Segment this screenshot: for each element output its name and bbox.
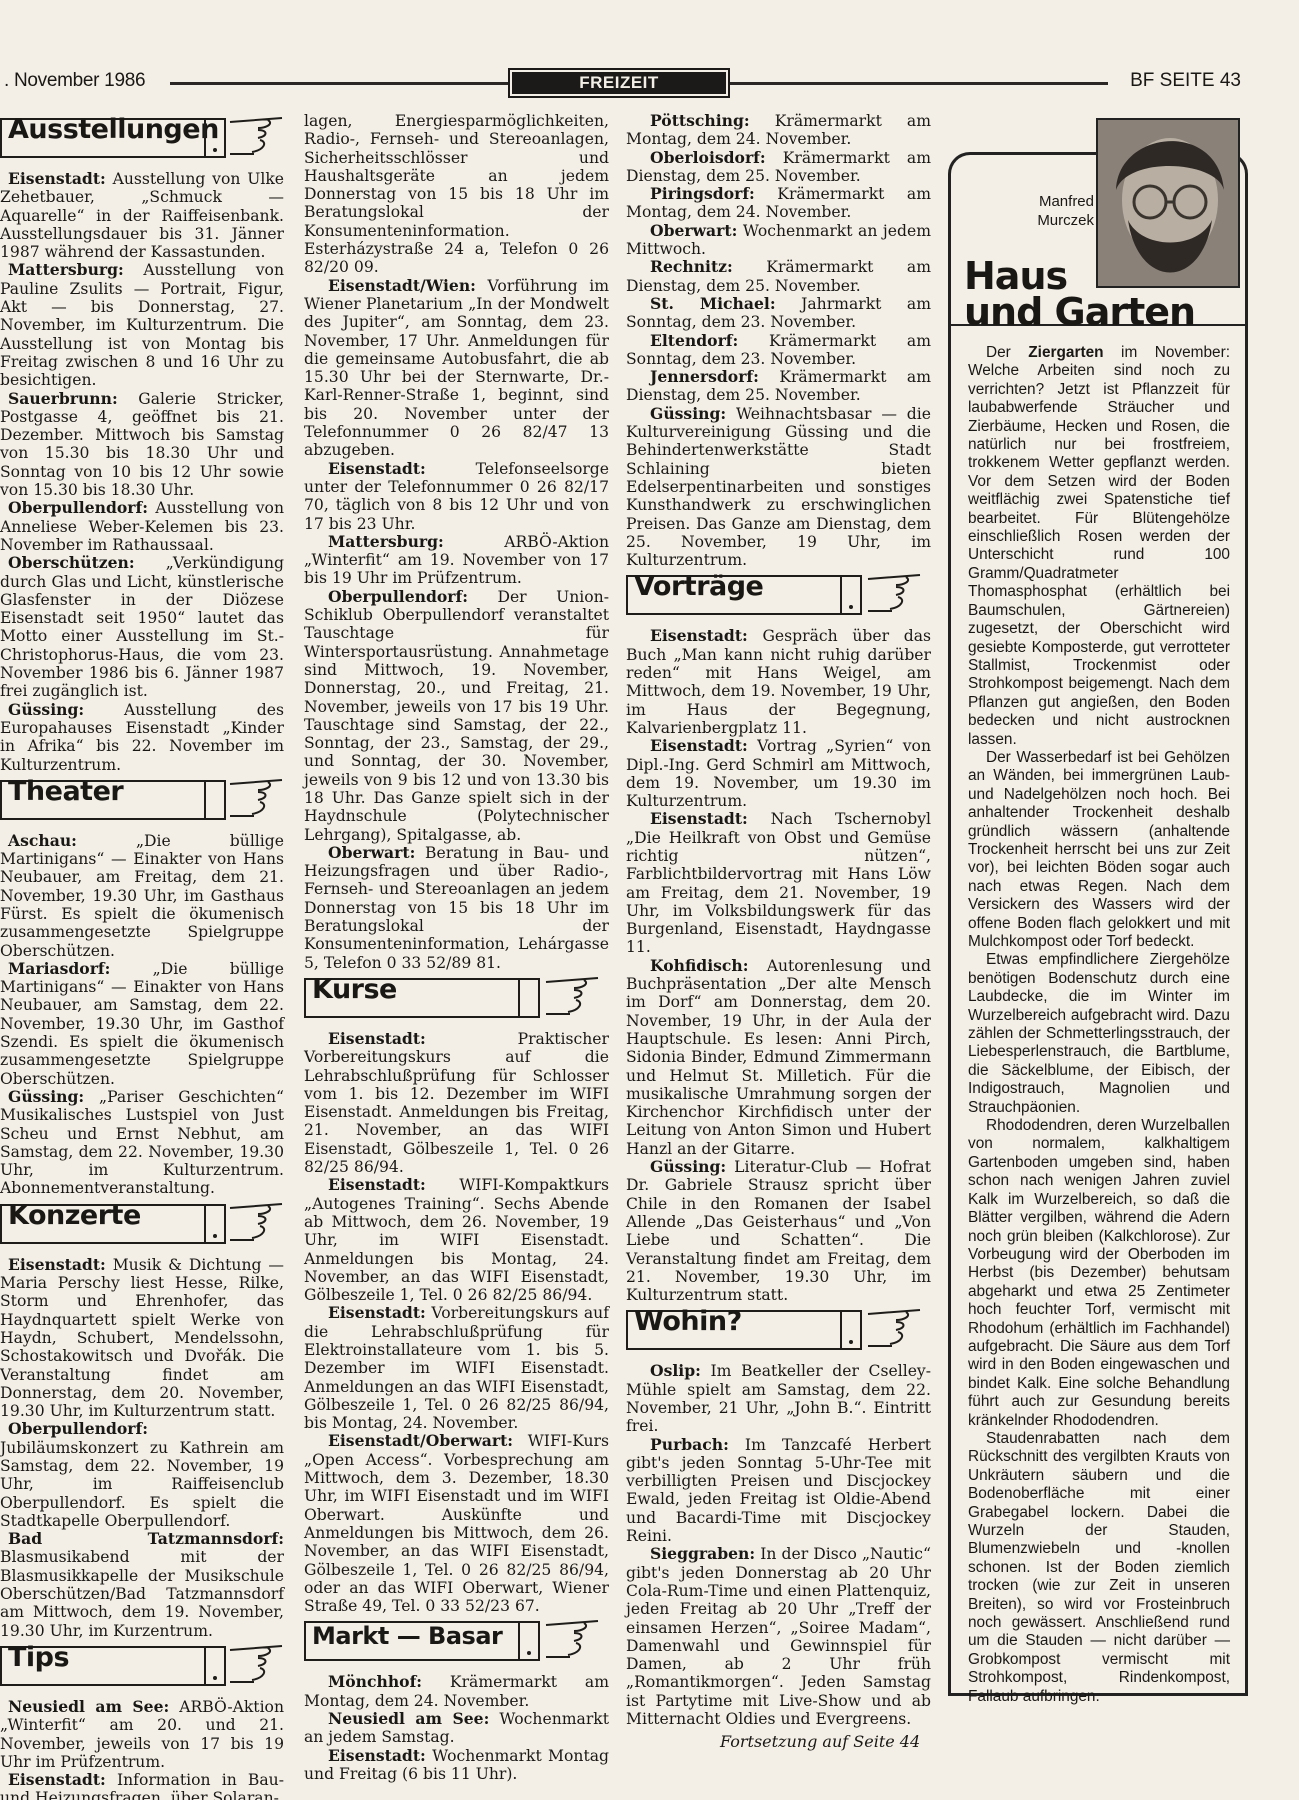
- section-header-vortraege: Vorträge: [626, 575, 931, 619]
- list-item: Oberpullendorf: Der Union-Schiklub Oberp…: [304, 588, 609, 844]
- section-header-markt-basar: Markt — Basar: [304, 1621, 609, 1665]
- list-item: Pöttsching: Krämermarkt am Montag, dem 2…: [626, 112, 931, 149]
- list-item: Eisenstadt: Vortrag „Syrien“ von Dipl.-I…: [626, 737, 931, 810]
- section-title: Vorträge: [634, 578, 763, 596]
- pointing-hand-icon: [542, 976, 602, 1020]
- list-item: Oberschützen: „Verkündigung durch Glas u…: [0, 554, 284, 700]
- list-item: Jennersdorf: Krämermarkt am Dienstag, de…: [626, 368, 931, 405]
- section-title: Ausstellungen: [8, 121, 219, 139]
- masthead: . November 1986 FREIZEIT BF SEITE 43: [0, 66, 1299, 102]
- column-1: Ausstellungen Eisenstadt: Ausstellung vo…: [0, 112, 284, 1800]
- list-item: Kohfidisch: Autorenlesung und Buchpräsen…: [626, 957, 931, 1158]
- list-item: Oberpullendorf: Jubiläumskonzert zu Kath…: [0, 1420, 284, 1530]
- list-item: St. Michael: Jahrmarkt am Sonntag, dem 2…: [626, 295, 931, 332]
- list-item: Güssing: Ausstellung des Europahauses Ei…: [0, 701, 284, 774]
- section-header-kurse: Kurse: [304, 978, 609, 1022]
- garden-title: Haus und Garten: [964, 258, 1195, 330]
- paragraph: Rhododendren, deren Wurzelballen von nor…: [968, 1117, 1230, 1430]
- list-item: Purbach: Im Tanzcafé Herbert gibt's jede…: [626, 1436, 931, 1546]
- page-number: BF SEITE 43: [1130, 70, 1241, 92]
- section-title: Theater: [8, 783, 123, 801]
- list-item: Eisenstadt/Wien: Vorführung im Wiener Pl…: [304, 277, 609, 460]
- list-item: Piringsdorf: Krämermarkt am Montag, dem …: [626, 185, 931, 222]
- section-badge: FREIZEIT: [508, 68, 730, 98]
- list-item: Sieggraben: In der Disco „Nautic“ gibt's…: [626, 1545, 931, 1728]
- pointing-hand-icon: [864, 573, 924, 617]
- section-header-theater: Theater: [0, 780, 284, 824]
- list-item: Güssing: Weihnachtsbasar — die Kulturver…: [626, 405, 931, 570]
- paragraph: Der Ziergarten im November: Welche Arbei…: [968, 344, 1230, 749]
- list-item: Oslip: Im Beatkeller der Cselley-Mühle s…: [626, 1362, 931, 1435]
- list-item: Eisenstadt: Nach Tschernobyl „Die Heilkr…: [626, 810, 931, 956]
- list-item: Güssing: Literatur-Club — Hofrat Dr. Gab…: [626, 1158, 931, 1304]
- list-item: Eisenstadt: Musik & Dichtung — Maria Per…: [0, 1256, 284, 1421]
- list-item: Neusiedl am See: Wochenmarkt an jedem Sa…: [304, 1710, 609, 1747]
- list-item: Oberpullendorf: Ausstellung von Annelies…: [0, 499, 284, 554]
- list-item: Eltendorf: Krämermarkt am Sonntag, dem 2…: [626, 332, 931, 369]
- section-title: Tips: [8, 1649, 69, 1667]
- section-header-wohin: Wohin?: [626, 1310, 931, 1354]
- pointing-hand-icon: [228, 1202, 284, 1246]
- list-item: Mattersburg: ARBÖ-Aktion „Winterfit“ am …: [304, 533, 609, 588]
- paragraph: Staudenrabatten nach dem Rückschnitt des…: [968, 1430, 1230, 1706]
- garden-article: Der Ziergarten im November: Welche Arbei…: [968, 344, 1230, 1706]
- list-item: Eisenstadt: Wochenmarkt Montag und Freit…: [304, 1747, 609, 1784]
- garden-column: Manfred Murczek Haus und Garten Der Zier…: [948, 118, 1248, 1698]
- list-item: Eisenstadt: Information in Bau- und Heiz…: [0, 1771, 284, 1800]
- paragraph: Der Wasserbedarf ist bei Gehölzen an Wän…: [968, 749, 1230, 951]
- list-item: Oberwart: Beratung in Bau- und Heizungsf…: [304, 844, 609, 972]
- list-item: Sauerbrunn: Galerie Stricker, Postgasse …: [0, 390, 284, 500]
- list-item: Mattersburg: Ausstellung von Pauline Zsu…: [0, 261, 284, 389]
- list-item: lagen, Energiesparmöglichkeiten, Radio-,…: [304, 112, 609, 277]
- section-title: Markt — Basar: [312, 1627, 502, 1645]
- column-3: Pöttsching: Krämermarkt am Montag, dem 2…: [626, 112, 931, 1728]
- list-item: Eisenstadt/Oberwart: WIFI-Kurs „Open Acc…: [304, 1432, 609, 1615]
- list-item: Eisenstadt: Ausstellung von Ulke Zehetba…: [0, 170, 284, 261]
- list-item: Neusiedl am See: ARBÖ-Aktion „Winterfit“…: [0, 1698, 284, 1771]
- list-item: Eisenstadt: WIFI-Kompaktkurs „Autogenes …: [304, 1176, 609, 1304]
- pointing-hand-icon: [542, 1619, 602, 1663]
- issue-date: . November 1986: [4, 70, 145, 92]
- list-item: Aschau: „Die büllige Martinigans“ — Eina…: [0, 832, 284, 960]
- list-item: Güssing: „Pariser Geschichten“ Musikalis…: [0, 1088, 284, 1198]
- column-2: lagen, Energiesparmöglichkeiten, Radio-,…: [304, 112, 609, 1783]
- list-item: Eisenstadt: Gespräch über das Buch „Man …: [626, 627, 931, 737]
- section-header-ausstellungen: Ausstellungen: [0, 118, 284, 162]
- rule-left: [170, 82, 508, 85]
- list-item: Oberwart: Wochenmarkt an jedem Mittwoch.: [626, 222, 931, 259]
- list-item: Mariasdorf: „Die büllige Martinigans“ — …: [0, 960, 284, 1088]
- rule-right: [730, 82, 1108, 85]
- section-header-konzerte: Konzerte: [0, 1204, 284, 1248]
- pointing-hand-icon: [228, 116, 284, 160]
- section-title: Wohin?: [634, 1313, 742, 1331]
- continuation-note: Fortsetzung auf Seite 44: [720, 1732, 920, 1751]
- author-name: Manfred Murczek: [1014, 192, 1094, 230]
- list-item: Eisenstadt: Vorbereitungskurs auf die Le…: [304, 1304, 609, 1432]
- list-item: Rechnitz: Krämermarkt am Dienstag, dem 2…: [626, 258, 931, 295]
- list-item: Eisenstadt: Praktischer Vorbereitungskur…: [304, 1030, 609, 1176]
- pointing-hand-icon: [228, 1644, 284, 1688]
- section-title: Konzerte: [8, 1207, 141, 1225]
- section-title: Kurse: [312, 981, 397, 999]
- list-item: Oberloisdorf: Krämermarkt am Dienstag, d…: [626, 149, 931, 186]
- section-label: FREIZEIT: [512, 72, 726, 94]
- list-item: Bad Tatzmannsdorf: Blasmusikabend mit de…: [0, 1530, 284, 1640]
- pointing-hand-icon: [864, 1308, 924, 1352]
- pointing-hand-icon: [228, 778, 284, 822]
- paragraph: Etwas empfindlichere Ziergehölze benötig…: [968, 951, 1230, 1117]
- list-item: Mönchhof: Krämermarkt am Montag, dem 24.…: [304, 1673, 609, 1710]
- section-header-tips: Tips: [0, 1646, 284, 1690]
- list-item: Eisenstadt: Telefonseelsorge unter der T…: [304, 460, 609, 533]
